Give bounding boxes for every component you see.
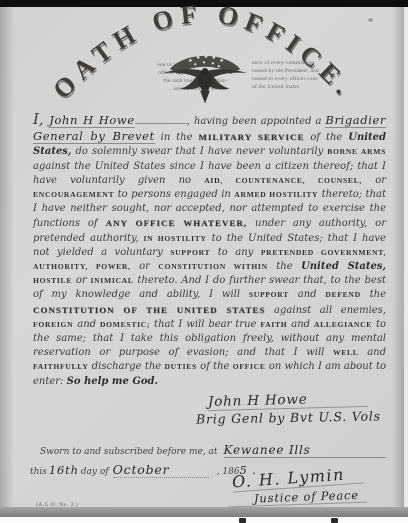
oath-segment: INIMICAL xyxy=(90,276,133,285)
oath-segment: the xyxy=(361,289,386,300)
oath-segment: of the xyxy=(304,132,348,143)
oath-segment: SUPPORT xyxy=(170,248,210,257)
oath-segment: to persons engaged in xyxy=(114,189,234,200)
oath-segment: in the xyxy=(155,132,199,143)
note-line: of the United States xyxy=(252,83,364,91)
oath-segment: to any xyxy=(210,247,261,258)
oath-segment: ENCOURAGEMENT xyxy=(33,190,114,199)
oath-segment: John H Howe xyxy=(49,113,135,128)
oath-segment: and xyxy=(359,347,386,358)
attestation-day-handwritten: 16th xyxy=(49,463,79,477)
oath-segment: , having been appointed a xyxy=(187,116,326,127)
oath-segment: and xyxy=(73,319,100,330)
cropped-caption-mark xyxy=(331,518,338,523)
eagle-icon xyxy=(161,46,249,106)
oath-segment: that I will bear true xyxy=(150,319,260,330)
oath-segment: CONSTITUTION OF THE UNITED STATES xyxy=(33,305,265,315)
oath-segment: discharge the xyxy=(89,361,165,372)
oath-segment: ALLEGIANCE xyxy=(314,320,372,329)
oath-segment: IN HOSTILITY xyxy=(144,234,207,243)
cropped-caption-mark xyxy=(239,518,246,523)
oath-segment: against all enemies, xyxy=(265,305,386,316)
oath-segment: So help me God. xyxy=(67,376,158,387)
attestation-month-handwritten: October xyxy=(113,462,209,478)
oath-segment: ARMED HOSTILITY xyxy=(234,190,318,199)
scan-bottom-margin xyxy=(0,517,408,523)
oath-segment: DEFEND xyxy=(325,290,360,299)
scanned-oath-document: OATH OF OFFICE. one to accompany the acc… xyxy=(0,0,408,523)
oath-segment xyxy=(135,114,187,124)
attestation-this-label: this xyxy=(30,467,47,477)
oath-segment: or xyxy=(72,275,90,286)
oath-segment: FAITHFULLY xyxy=(33,362,89,371)
note-line: issued by the President, and xyxy=(252,67,364,75)
oath-segment: United States, xyxy=(301,261,386,272)
oath-segment: do solemnly swear that I have never volu… xyxy=(71,146,327,157)
oath-segment: and xyxy=(289,289,325,300)
oath-segment: of the xyxy=(197,361,233,372)
oath-segment: BORNE ARMS xyxy=(327,147,386,156)
oath-segment: FAITH xyxy=(260,320,287,329)
oath-segment: SUPPORT xyxy=(249,290,289,299)
oath-segment: DOMESTIC; xyxy=(100,320,150,329)
oath-text: I, John H Howe, having been appointed a … xyxy=(33,112,386,389)
oath-segment: WELL xyxy=(333,348,359,357)
oath-segment: OFFICE xyxy=(233,362,266,371)
oath-segment: HOSTILE xyxy=(33,276,72,285)
oath-segment: or xyxy=(131,261,159,272)
attestation-printed-text: Sworn to and subscribed before me, at xyxy=(40,447,218,457)
oath-segment: AID, COUNTENANCE, COUNSEL, xyxy=(204,176,362,185)
note-line: ance of every commission xyxy=(252,59,364,67)
oath-segment: I, xyxy=(33,110,49,128)
oath-segment: the xyxy=(268,261,301,272)
oath-segment: CONSTITUTION WITHIN xyxy=(158,262,267,271)
attestation-line-1: Sworn to and subscribed before me, at Ke… xyxy=(40,443,386,458)
note-line: issued to every officer com- xyxy=(252,75,364,83)
oath-segment: or xyxy=(362,175,386,186)
oath-segment: ANY OFFICE WHATEVER, xyxy=(106,218,248,228)
printed-note-right: ance of every commission issued by the P… xyxy=(252,59,364,91)
attestation-place-handwritten: Kewanee Ills xyxy=(224,443,386,458)
oath-segment: FOREIGN xyxy=(33,320,73,329)
oath-segment: DUTIES xyxy=(164,362,196,371)
oath-segment: and xyxy=(287,319,314,330)
scan-bottom-border xyxy=(0,507,408,517)
attestation-day-of-label: day of xyxy=(81,467,109,477)
oath-segment: MILITARY SERVICE xyxy=(198,132,304,142)
